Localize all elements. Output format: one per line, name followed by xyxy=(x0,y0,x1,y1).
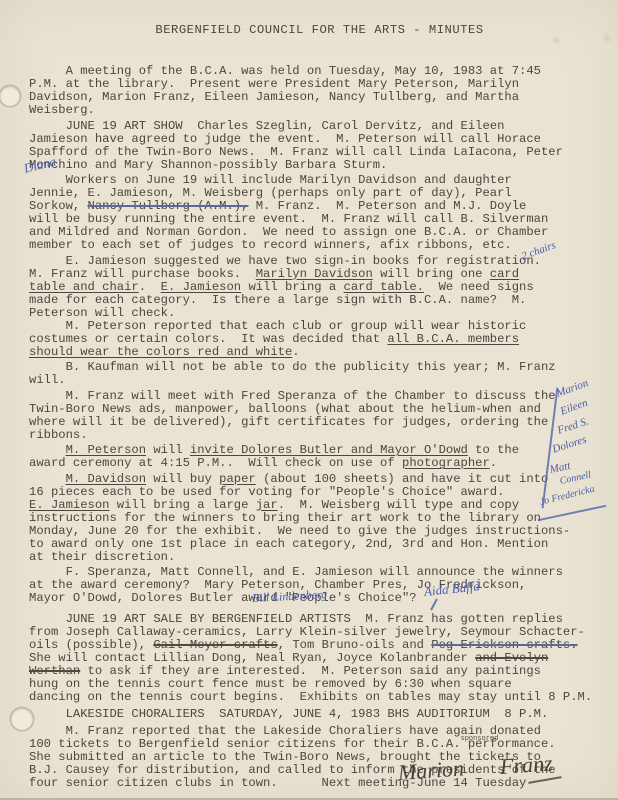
text-segment: . xyxy=(139,280,161,294)
text-line: Weisberg. xyxy=(29,104,610,117)
text-segment: B. Kaufman will not be able to do the pu… xyxy=(29,360,556,374)
text-segment: jar xyxy=(256,498,278,512)
text-segment: P.M. at the library. Present were Presid… xyxy=(29,77,519,91)
text-segment: Workers on June 19 will include Marilyn … xyxy=(29,173,512,187)
text-segment: Monday, June 20 for the exhibit. We need… xyxy=(29,524,570,538)
text-segment: Twin-Boro News ads, manpower, balloons (… xyxy=(29,402,541,416)
text-segment: She will contact Lillian Dong, Neal Ryan… xyxy=(29,651,475,665)
signature-marion: Marion xyxy=(398,761,465,779)
text-segment: Davidson, Marion Franz, Eileen Jamieson,… xyxy=(29,90,519,104)
text-segment: made for each category. Is there a large… xyxy=(29,293,526,307)
text-segment: at their discretion. xyxy=(29,550,175,564)
text-line: will. xyxy=(29,374,610,387)
text-segment: Mayor O'Dowd, Dolores Butler award "Peop… xyxy=(29,591,417,605)
paragraph: M. Davidson will buy paper (about 100 sh… xyxy=(29,473,610,564)
document: BERGENFIELD COUNCIL FOR THE ARTS - MINUT… xyxy=(0,0,618,800)
smudge-mark-2 xyxy=(605,34,609,42)
text-segment: M. Franz. M. Peterson and M.J. Doyle xyxy=(248,199,526,213)
text-line: four senior citizen clubs in town. Next … xyxy=(29,777,610,790)
text-segment: to ask if they are interested. M. Peters… xyxy=(80,664,541,678)
text-segment: Monchino and Mary Shannon-possibly Barba… xyxy=(29,158,387,172)
text-segment: Peg Erickson-crafts. xyxy=(431,638,577,652)
text-segment: will bring a xyxy=(241,280,343,294)
text-segment: Marilyn Davidson xyxy=(256,267,373,281)
text-segment: paper xyxy=(219,472,256,486)
text-segment: costumes or certain colors. It was decid… xyxy=(29,332,387,346)
text-segment: to the xyxy=(468,443,519,457)
text-segment: hung on the tennis court fence must be r… xyxy=(29,677,512,691)
text-line: Monchino and Mary Shannon-possibly Barba… xyxy=(29,159,610,172)
text-segment: will buy xyxy=(146,472,219,486)
text-segment: Weisberg. xyxy=(29,103,95,117)
text-segment: Nancy Tullberg (A.M.), xyxy=(88,199,249,213)
text-segment: 100 tickets to Bergenfield senior citize… xyxy=(29,737,461,751)
paragraph: Workers on June 19 will include Marilyn … xyxy=(29,174,610,252)
text-line: B. Kaufman will not be able to do the pu… xyxy=(29,361,610,374)
punch-hole-bottom xyxy=(11,708,33,730)
text-segment: from Joseph Callaway-ceramics, Larry Kle… xyxy=(29,625,585,639)
text-line: should wear the colors red and white. xyxy=(29,346,610,359)
signature-franz: Franz xyxy=(500,756,553,773)
text-line: where will it be delivered), gift certif… xyxy=(29,416,610,429)
scanned-minutes-page: BERGENFIELD COUNCIL FOR THE ARTS - MINUT… xyxy=(0,0,618,800)
text-segment: card xyxy=(490,267,519,281)
text-segment: photographer xyxy=(402,456,490,470)
text-segment: all B.C.A. members xyxy=(387,332,519,346)
text-segment: 16 pieces each to be used for voting for… xyxy=(29,485,504,499)
text-segment: Spafford of the Twin-Boro News. M. Franz… xyxy=(29,145,563,159)
text-segment: Jennie, E. Jamieson, M. Weisberg (perhap… xyxy=(29,186,512,200)
text-segment: M. Peterson reported that each club or g… xyxy=(29,319,526,333)
punch-hole-top xyxy=(0,86,20,106)
text-segment: . M. Weisberg will type and copy xyxy=(278,498,519,512)
paragraph: E. Jamieson suggested we have two sign-i… xyxy=(29,255,610,320)
text-segment: Peterson will check. xyxy=(29,306,175,320)
text-segment: E. Jamieson xyxy=(29,498,109,512)
text-segment: We need signs xyxy=(424,280,534,294)
text-segment: and Mildred and Norman Gordon. We need t… xyxy=(29,225,548,239)
paragraph: JUNE 19 ART SHOW Charles Szeglin, Carol … xyxy=(29,120,610,172)
text-segment: invite Dolores Butler and Mayor O'Dowd xyxy=(190,443,468,457)
text-segment: instructions for the winners to bring th… xyxy=(29,511,541,525)
paragraph: A meeting of the B.C.A. was held on Tues… xyxy=(29,65,610,117)
text-segment: will be busy running the entire event. M… xyxy=(29,212,548,226)
text-line: Davidson, Marion Franz, Eileen Jamieson,… xyxy=(29,91,610,104)
paragraph: M. Peterson will invite Dolores Butler a… xyxy=(29,444,610,470)
text-segment xyxy=(29,443,66,457)
paragraph: M. Franz will meet with Fred Speranza of… xyxy=(29,390,610,442)
text-segment: should wear the colors red and white xyxy=(29,345,292,359)
text-segment: JUNE 19 ART SHOW Charles Szeglin, Carol … xyxy=(29,119,504,133)
document-title: BERGENFIELD COUNCIL FOR THE ARTS - MINUT… xyxy=(29,24,610,37)
text-segment: ribbons. xyxy=(29,428,88,442)
text-segment: B.J. Causey for distribution, and called… xyxy=(29,763,556,777)
text-segment: Werthan xyxy=(29,664,80,678)
text-segment: where will it be delivered), gift certif… xyxy=(29,415,548,429)
text-segment: , Tom Bruno-oils and xyxy=(278,638,432,652)
text-segment: Sorkow, xyxy=(29,199,88,213)
text-segment xyxy=(29,472,66,486)
text-segment: will bring one xyxy=(373,267,490,281)
text-segment: E. Jamieson suggested we have two sign-i… xyxy=(29,254,541,268)
text-segment: Gail Meyer-crafts xyxy=(153,638,277,652)
text-segment: award ceremony at 4:15 P.M.. Will check … xyxy=(29,456,402,470)
paragraph: JUNE 19 ART SALE BY BERGENFIELD ARTISTS … xyxy=(29,613,610,704)
text-segment: table and chair xyxy=(29,280,139,294)
text-segment: will xyxy=(146,443,190,457)
text-line: LAKESIDE CHORALIERS SATURDAY, JUNE 4, 19… xyxy=(29,708,610,721)
text-segment: dancing on the tennis court begins. Exhi… xyxy=(29,690,592,704)
text-segment: oils (possible), xyxy=(29,638,153,652)
paragraph: B. Kaufman will not be able to do the pu… xyxy=(29,361,610,387)
text-segment: JUNE 19 ART SALE BY BERGENFIELD ARTISTS … xyxy=(29,612,563,626)
text-segment: M. Peterson xyxy=(66,443,146,457)
document-body: A meeting of the B.C.A. was held on Tues… xyxy=(29,65,610,790)
text-segment: A meeting of the B.C.A. was held on Tues… xyxy=(29,64,541,78)
text-segment: member to each set of judges to record w… xyxy=(29,238,512,252)
text-segment: E. Jamieson xyxy=(161,280,241,294)
paragraph: LAKESIDE CHORALIERS SATURDAY, JUNE 4, 19… xyxy=(29,708,610,721)
text-segment: . xyxy=(490,456,497,470)
paragraph: M. Peterson reported that each club or g… xyxy=(29,320,610,359)
text-segment: (about 100 sheets) and have it cut into xyxy=(256,472,549,486)
text-segment: She submitted an article to the Twin-Bor… xyxy=(29,750,541,764)
text-line: at their discretion. xyxy=(29,551,610,564)
text-line: ribbons. xyxy=(29,429,610,442)
smudge-mark-1 xyxy=(553,38,560,43)
text-segment: M. Franz will meet with Fred Speranza of… xyxy=(29,389,556,403)
text-segment: and Evelyn xyxy=(475,651,548,665)
text-segment: M. Franz will purchase books. xyxy=(29,267,256,281)
text-line: dancing on the tennis court begins. Exhi… xyxy=(29,691,610,704)
text-line: award ceremony at 4:15 P.M.. Will check … xyxy=(29,457,610,470)
text-segment: will. xyxy=(29,373,66,387)
text-segment: Jamieson have agreed to judge the event.… xyxy=(29,132,541,146)
text-segment: to award only one 1st place in each cate… xyxy=(29,537,548,551)
text-segment: LAKESIDE CHORALIERS SATURDAY, JUNE 4, 19… xyxy=(29,707,548,721)
text-segment: . xyxy=(292,345,299,359)
text-segment: F. Speranza, Matt Connell, and E. Jamies… xyxy=(29,565,563,579)
text-segment: will bring a large xyxy=(109,498,255,512)
text-segment: M. Davidson xyxy=(66,472,146,486)
text-segment: card table. xyxy=(344,280,424,294)
